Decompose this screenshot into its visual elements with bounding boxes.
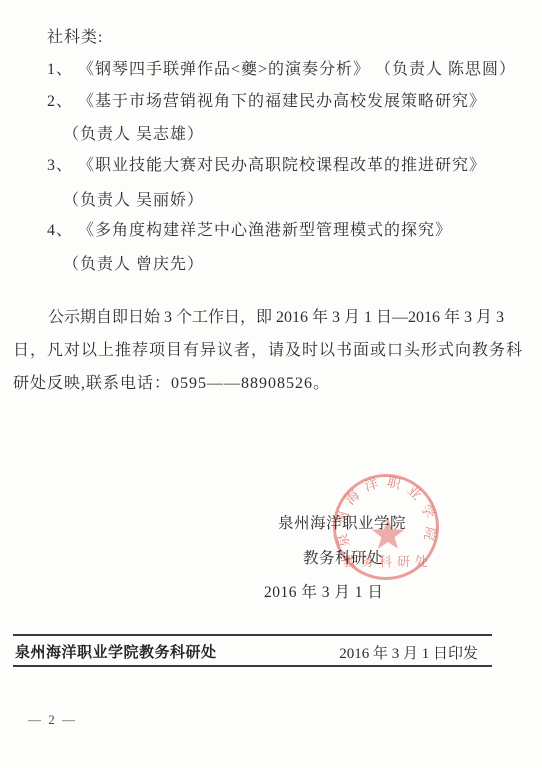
footer-rule-bottom <box>13 665 492 667</box>
footer-rule-top <box>13 634 492 636</box>
category-heading: 社科类: <box>47 24 103 47</box>
list-item-4-lead: （负责人 曾庆先） <box>63 251 204 274</box>
notice-paragraph-line-1: 公示期自即日始 3 个工作日，即 2016 年 3 月 1 日—2016 年 3… <box>48 304 504 327</box>
page-number: — 2 — <box>28 712 77 728</box>
list-item-2-lead: （负责人 吴志雄） <box>63 121 204 144</box>
notice-paragraph-line-3: 研处反映,联系电话：0595——88908526。 <box>13 370 330 393</box>
notice-paragraph-line-2: 日，凡对以上推荐项目有异议者，请及时以书面或口头形式向教务科 <box>13 337 523 360</box>
signature-date: 2016 年 3 月 1 日 <box>264 580 383 602</box>
list-item-3-lead: （负责人 吴丽娇） <box>63 187 204 210</box>
signature-organization: 泉州海洋职业学院 <box>278 511 406 533</box>
signature-department: 教务科研处 <box>303 546 383 568</box>
list-item-1: 1、 《钢琴四手联弹作品<夔>的演奏分析》 （负责人 陈思圆） <box>47 56 516 79</box>
list-item-3: 3、 《职业技能大赛对民办高职院校课程改革的推进研究》 <box>47 152 486 175</box>
list-item-4: 4、 《多角度构建祥芝中心渔港新型管理模式的探究》 <box>47 217 452 240</box>
footer-print-date: 2016 年 3 月 1 日印发 <box>339 642 478 663</box>
document-page: 社科类: 1、 《钢琴四手联弹作品<夔>的演奏分析》 （负责人 陈思圆） 2、 … <box>0 0 542 768</box>
footer-issuing-department: 泉州海洋职业学院教务科研处 <box>15 641 217 662</box>
list-item-2: 2、 《基于市场营销视角下的福建民办高校发展策略研究》 <box>47 88 486 111</box>
